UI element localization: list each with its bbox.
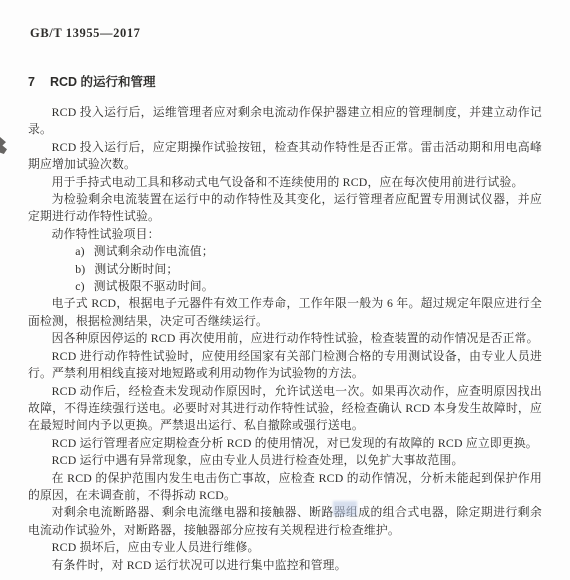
paragraph: 动作特性试验项目： xyxy=(28,226,542,243)
paragraph: RCD 投入运行后，运维管理者应对剩余电流动作保护器建立相应的管理制度，并建立动… xyxy=(28,104,542,139)
paragraph: 为检验剩余电流装置在运行中的动作特性及其变化，运行管理者应配置专用测试仪器，并应… xyxy=(28,191,542,226)
list-label: c) xyxy=(52,278,85,295)
paragraph: RCD 动作后，经检查未发现动作原因时，允许试送电一次。如果再次动作，应查明原因… xyxy=(28,383,542,435)
list-text: 测试剩余动作电流值； xyxy=(94,244,214,258)
paragraph: 电子式 RCD，根据电子元器件有效工作寿命，工作年限一般为 6 年。超过规定年限… xyxy=(28,295,542,330)
paragraph: RCD 进行动作特性试验时，应使用经国家有关部门检测合格的专用测试设备，由专业人… xyxy=(28,348,542,383)
list-label: a) xyxy=(52,243,85,260)
list-item-a: a)测试剩余动作电流值； xyxy=(28,243,542,260)
paragraph: RCD 投入运行后，应定期操作试验按钮，检查其动作特性是否正常。雷击活动期和用电… xyxy=(28,139,542,174)
clause-title: RCD 的运行和管理 xyxy=(50,75,156,89)
clause-heading: 7RCD 的运行和管理 xyxy=(28,72,156,90)
highlight-artifact xyxy=(333,501,357,516)
paragraph: RCD 运行中遇有异常现象，应由专业人员进行检查处理，以免扩大事故范围。 xyxy=(28,452,542,469)
paragraph: 在 RCD 的保护范围内发生电击伤亡事故，应检查 RCD 的动作情况，分析未能起… xyxy=(28,470,542,505)
scan-edge-mark xyxy=(0,137,7,154)
paragraph: 对剩余电流断路器、剩余电流继电器和接触器、断路器组成的组合式电器，除定期进行剩余… xyxy=(28,504,542,539)
list-label: b) xyxy=(52,261,86,278)
paragraph: RCD 运行管理者应定期检查分析 RCD 的使用情况，对已发现的有故障的 RCD… xyxy=(28,435,542,452)
paragraph: 有条件时，对 RCD 运行状况可以进行集中监控和管理。 xyxy=(28,557,542,574)
body-text: RCD 投入运行后，运维管理者应对剩余电流动作保护器建立相应的管理制度，并建立动… xyxy=(28,104,542,574)
paragraph: RCD 损坏后，应由专业人员进行维修。 xyxy=(28,539,542,556)
list-text: 测试分断时间； xyxy=(94,262,178,276)
list-item-b: b)测试分断时间； xyxy=(28,261,542,278)
standard-number: GB/T 13955—2017 xyxy=(30,26,141,41)
paragraph: 用于手持式电动工具和移动式电气设备和不连续使用的 RCD，应在每次使用前进行试验… xyxy=(28,174,542,191)
list-text: 测试极限不驱动时间。 xyxy=(94,279,214,293)
paragraph: 因各种原因停运的 RCD 再次使用前，应进行动作特性试验，检查装置的动作情况是否… xyxy=(28,330,542,347)
document-page: GB/T 13955—2017 7RCD 的运行和管理 RCD 投入运行后，运维… xyxy=(0,0,570,580)
clause-number: 7 xyxy=(28,75,35,89)
list-item-c: c)测试极限不驱动时间。 xyxy=(28,278,542,295)
